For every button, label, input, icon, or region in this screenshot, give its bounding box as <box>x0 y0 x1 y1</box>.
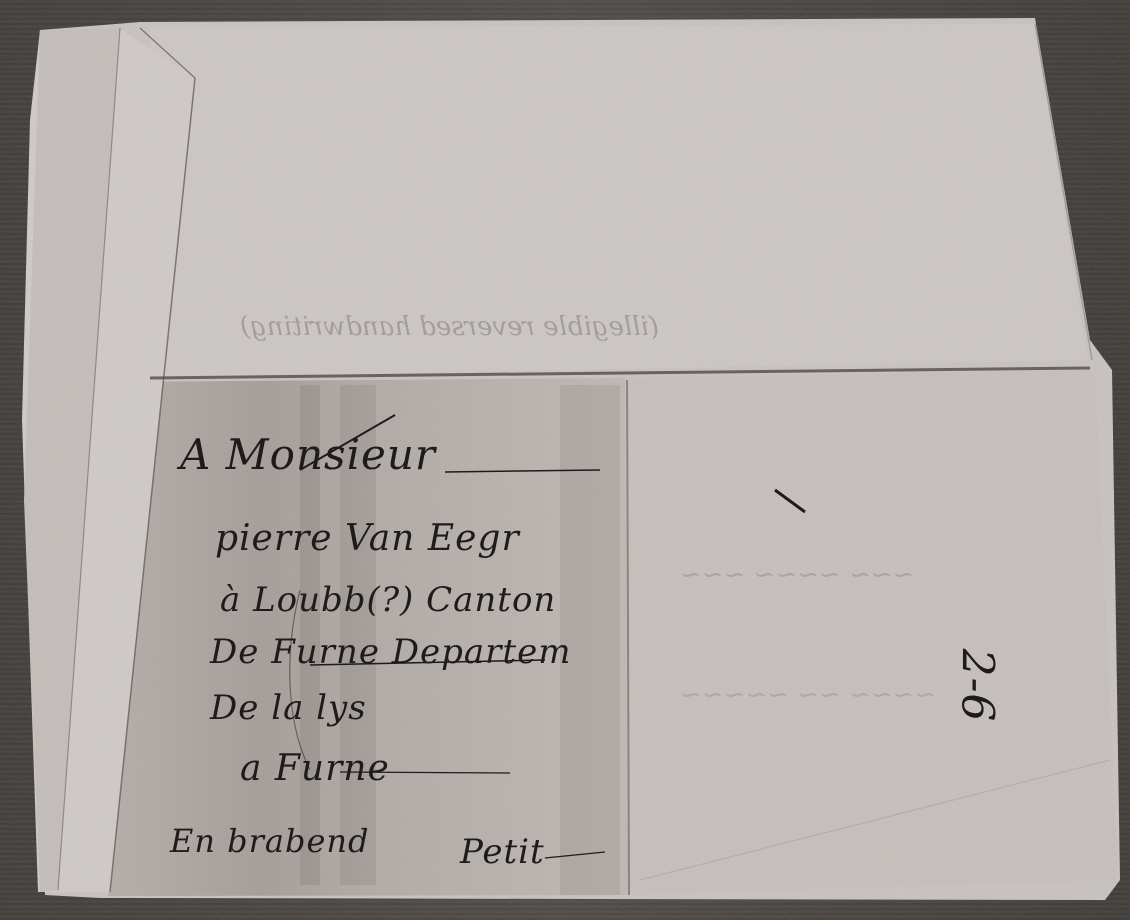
bleed-through-text: ~~~ ~~~~ ~~~ <box>680 560 914 590</box>
address-line-4: De Furne Departem <box>210 632 571 672</box>
address-footer-right: Petit <box>460 832 545 872</box>
address-line-1: A Monsieur <box>180 430 436 479</box>
address-line-3: à Loubb(?) Canton <box>220 580 556 620</box>
letter-paper <box>0 0 1130 920</box>
address-line-5: De la lys <box>210 688 367 728</box>
address-footer-left: En brabend <box>170 822 370 860</box>
bleed-through-text: ~~~~ ~~ ~~~~~ <box>680 680 936 710</box>
bleed-through-text: (illegible reversed handwriting) <box>240 312 659 342</box>
address-line-6: a Furne <box>240 748 390 789</box>
margin-note: 2-6 <box>951 649 1002 723</box>
address-line-2: pierre Van Eegr <box>215 518 520 559</box>
